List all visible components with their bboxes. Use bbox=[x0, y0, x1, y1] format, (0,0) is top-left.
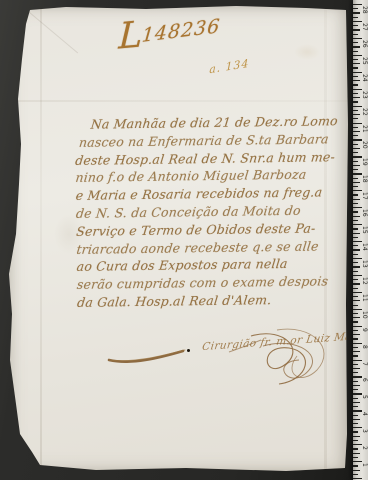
ruler-tick bbox=[353, 249, 360, 250]
ruler-number: 11 bbox=[361, 294, 368, 302]
ruler-tick bbox=[353, 161, 358, 162]
ruler-tick bbox=[353, 72, 362, 73]
ruler-number: 15 bbox=[361, 226, 368, 234]
ruler-tick bbox=[353, 300, 360, 301]
ruler-tick bbox=[353, 199, 360, 200]
ink-dot bbox=[187, 349, 190, 352]
ruler-number: 24 bbox=[361, 74, 368, 82]
ruler-number: 12 bbox=[361, 277, 368, 285]
ruler-tick bbox=[353, 148, 360, 149]
ruler-number: 17 bbox=[361, 192, 368, 200]
ruler-tick bbox=[353, 321, 358, 322]
ruler-tick bbox=[353, 25, 358, 26]
ruler-number: 21 bbox=[361, 125, 368, 133]
ruler-tick bbox=[353, 389, 358, 390]
ruler-tick bbox=[353, 436, 360, 437]
ruler-tick bbox=[353, 431, 358, 432]
ruler-tick bbox=[353, 46, 360, 47]
ruler-number: 8 bbox=[361, 345, 368, 353]
ruler-tick bbox=[353, 385, 360, 386]
ruler-number: 13 bbox=[361, 260, 368, 268]
ruler-tick bbox=[353, 338, 358, 339]
ruler-tick bbox=[353, 59, 358, 60]
ruler-tick bbox=[353, 131, 360, 132]
ruler-tick bbox=[353, 453, 360, 454]
ruler-number: 6 bbox=[361, 378, 368, 386]
ruler-tick bbox=[353, 211, 358, 212]
ruler-tick bbox=[353, 21, 362, 22]
ruler-tick bbox=[353, 38, 362, 39]
ruler-tick bbox=[353, 368, 360, 369]
ruler-number: 23 bbox=[361, 91, 368, 99]
ruler-tick bbox=[353, 84, 358, 85]
ruler-tick bbox=[353, 372, 358, 373]
ruler-tick bbox=[353, 279, 358, 280]
ruler-tick bbox=[353, 275, 362, 276]
manuscript-body-text: Na Manhãa de dia 21 de Dez.ro Lomonasceo… bbox=[75, 112, 344, 311]
ruler-tick bbox=[353, 347, 358, 348]
secondary-archive-number: a. 134 bbox=[209, 57, 249, 77]
ruler-tick bbox=[353, 440, 358, 441]
ruler-tick bbox=[353, 55, 362, 56]
ruler-tick bbox=[353, 258, 362, 259]
ruler-tick bbox=[353, 266, 360, 267]
ruler-tick bbox=[353, 402, 360, 403]
ruler-tick bbox=[353, 360, 362, 361]
ruler-tick bbox=[353, 351, 360, 352]
ruler-number: 18 bbox=[361, 175, 368, 183]
ruler-tick bbox=[353, 203, 358, 204]
ruler-tick bbox=[353, 415, 358, 416]
ruler-tick bbox=[353, 296, 358, 297]
ruler-number: 25 bbox=[361, 57, 368, 65]
ruler-tick bbox=[353, 12, 360, 13]
ruler-tick bbox=[353, 271, 358, 272]
ruler-tick bbox=[353, 67, 358, 68]
ruler-tick bbox=[353, 17, 358, 18]
ruler-tick bbox=[353, 233, 360, 234]
scanned-manuscript-photo: L148236 a. 134 Na Manhãa de dia 21 de De… bbox=[0, 0, 368, 480]
ruler-tick bbox=[353, 178, 358, 179]
ruler-number: 7 bbox=[361, 362, 368, 370]
paper-stain bbox=[294, 44, 320, 60]
ruler-tick bbox=[353, 470, 360, 471]
ruler-number: 27 bbox=[361, 23, 368, 31]
ruler-number: 3 bbox=[361, 429, 368, 437]
measuring-ruler: 2827262524232221201918171615141312111098… bbox=[353, 0, 368, 480]
ruler-tick bbox=[353, 118, 358, 119]
ruler-tick bbox=[353, 326, 362, 327]
ruler-number: 9 bbox=[361, 328, 368, 336]
ruler-number: 14 bbox=[361, 243, 368, 251]
ruler-tick bbox=[353, 89, 362, 90]
ruler-number: 22 bbox=[361, 108, 368, 116]
ruler-tick bbox=[353, 292, 362, 293]
ruler-tick bbox=[353, 309, 362, 310]
ruler-tick bbox=[353, 381, 358, 382]
vertical-fold-crease bbox=[40, 4, 42, 474]
ruler-tick bbox=[353, 254, 358, 255]
ruler-tick bbox=[353, 237, 358, 238]
ruler-tick bbox=[353, 355, 358, 356]
ruler-tick bbox=[353, 186, 358, 187]
ruler-tick bbox=[353, 216, 360, 217]
ruler-tick bbox=[353, 127, 358, 128]
ruler-tick bbox=[353, 457, 358, 458]
ruler-tick bbox=[353, 364, 358, 365]
ruler-tick bbox=[353, 474, 358, 475]
ruler-tick bbox=[353, 317, 360, 318]
ruler-tick bbox=[353, 182, 360, 183]
ruler-tick bbox=[353, 398, 358, 399]
ruler-number: 4 bbox=[361, 412, 368, 420]
ruler-tick bbox=[353, 34, 358, 35]
ruler-tick bbox=[353, 423, 358, 424]
ruler-tick bbox=[353, 110, 358, 111]
ruler-tick bbox=[353, 194, 358, 195]
corner-crease bbox=[24, 8, 78, 54]
ruler-tick bbox=[353, 169, 358, 170]
ruler-tick bbox=[353, 80, 360, 81]
ruler-tick bbox=[353, 419, 360, 420]
ruler-number: 1 bbox=[361, 463, 368, 471]
ruler-tick bbox=[353, 152, 358, 153]
ruler-tick bbox=[353, 228, 358, 229]
ruler-tick bbox=[353, 465, 358, 466]
ruler-tick bbox=[353, 29, 360, 30]
ruler-tick bbox=[353, 330, 358, 331]
ruler-tick bbox=[353, 101, 358, 102]
ruler-number: 2 bbox=[361, 446, 368, 454]
ruler-number: 20 bbox=[361, 141, 368, 149]
ruler-tick bbox=[353, 288, 358, 289]
ruler-number: 5 bbox=[361, 395, 368, 403]
ruler-tick bbox=[353, 135, 358, 136]
ruler-tick bbox=[353, 406, 358, 407]
ruler-number: 28 bbox=[361, 6, 368, 14]
reference-number-inscription: L148236 bbox=[117, 14, 222, 53]
ruler-tick bbox=[353, 144, 358, 145]
reference-number: 148236 bbox=[141, 15, 222, 47]
ruler-tick bbox=[353, 334, 360, 335]
ruler-number: 16 bbox=[361, 209, 368, 217]
ruler-number: 19 bbox=[361, 158, 368, 166]
ruler-tick bbox=[353, 448, 358, 449]
ruler-tick bbox=[353, 106, 362, 107]
ruler-tick bbox=[353, 343, 362, 344]
manuscript-line: da Gala. Hosp.al Real d'Alem. bbox=[76, 290, 344, 312]
ruler-tick bbox=[353, 305, 358, 306]
ruler-tick bbox=[353, 313, 358, 314]
ruler-tick bbox=[353, 245, 358, 246]
ruler-tick bbox=[353, 42, 358, 43]
ruler-number: 10 bbox=[361, 311, 368, 319]
ruler-tick bbox=[353, 114, 360, 115]
ruler-tick bbox=[353, 478, 362, 479]
ruler-tick bbox=[353, 262, 358, 263]
ruler-number: 26 bbox=[361, 40, 368, 48]
ruler-tick bbox=[353, 93, 358, 94]
signature-flourish bbox=[101, 322, 351, 402]
ruler-tick bbox=[353, 51, 358, 52]
ruler-tick bbox=[353, 76, 358, 77]
ruler-tick bbox=[353, 165, 360, 166]
manuscript-paper-sheet: L148236 a. 134 Na Manhãa de dia 21 de De… bbox=[6, 4, 350, 474]
horizontal-crease bbox=[6, 100, 350, 102]
ruler-tick bbox=[353, 8, 358, 9]
ruler-tick bbox=[353, 123, 362, 124]
ruler-tick bbox=[353, 283, 360, 284]
ruler-tick bbox=[353, 63, 360, 64]
ruler-tick bbox=[353, 220, 358, 221]
ruler-tick bbox=[353, 97, 360, 98]
